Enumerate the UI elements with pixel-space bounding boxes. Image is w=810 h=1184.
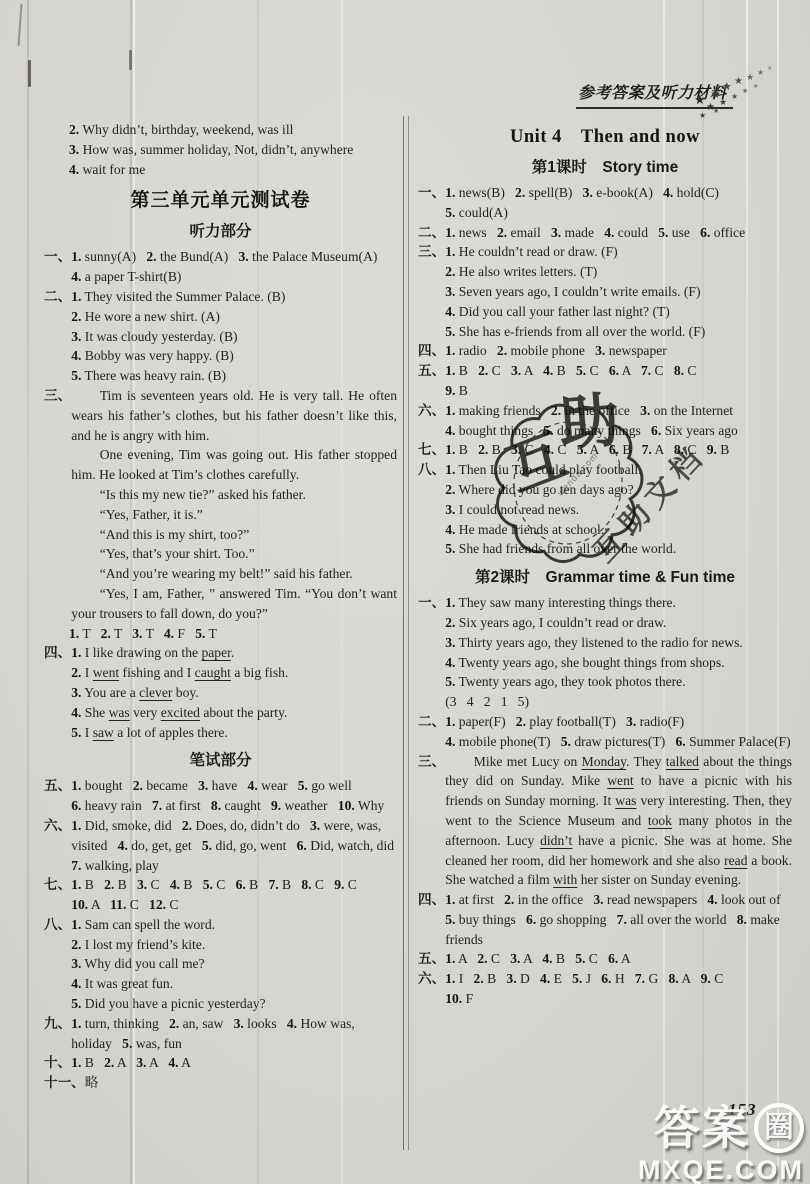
item-marker: 五、 (418, 361, 445, 401)
item-text: 1. I like drawing on the paper. 2. I wen… (71, 643, 397, 742)
item-text: 1. bought 2. became 3. have 4. wear 5. g… (71, 776, 397, 816)
item-text: 2. Why didn’t, birthday, weekend, was il… (69, 120, 397, 140)
star-icon: ★ (731, 93, 738, 101)
item-marker: 六、 (418, 401, 445, 441)
item-text: 1. news 2. email 3. made 4. could 5. use… (445, 223, 792, 243)
item-marker: 五、 (418, 949, 445, 969)
item-text: 1. at first 2. in the office 3. read new… (445, 890, 792, 949)
item-marker (44, 140, 69, 160)
item-text: 1. B 2. B 3. C 4. B 5. C 6. B 7. B 8. C … (71, 875, 397, 915)
item-marker: 一、 (418, 183, 445, 223)
star-icon: ★ (734, 77, 743, 87)
item-text: 1. B 2. C 3. A 4. B 5. C 6. A 7. C 8. C … (445, 361, 792, 401)
item-marker: 二、 (418, 223, 445, 243)
star-icon: ★ (753, 84, 758, 90)
answer-item: 五、1. A 2. C 3. A 4. B 5. C 6. A (418, 949, 792, 969)
listening-passage: 三、Mike met Lucy on Monday. They talked a… (418, 752, 792, 891)
answer-item: 3. How was, summer holiday, Not, didn’t,… (44, 140, 397, 160)
answer-item: 四、1. radio 2. mobile phone 3. newspaper (418, 341, 792, 361)
answer-item: 四、1. I like drawing on the paper. 2. I w… (44, 643, 397, 742)
item-text: 1. radio 2. mobile phone 3. newspaper (445, 341, 792, 361)
answer-item: 七、1. B 2. B 3. C 4. B 5. C 6. B 7. B 8. … (44, 875, 397, 915)
item-text: 1. He couldn’t read or draw. (F) 2. He a… (445, 242, 792, 341)
item-text: Tim is seventeen years old. He is very t… (71, 386, 397, 624)
item-text: 1. turn, thinking 2. an, saw 3. looks 4.… (71, 1014, 397, 1054)
item-text: 1. They saw many interesting things ther… (445, 593, 792, 712)
watermark-brand-text: 答案 (654, 1105, 750, 1151)
section-heading: 笔试部分 (44, 750, 397, 771)
star-icon: ★ (694, 93, 706, 106)
star-icon: ★ (719, 98, 727, 107)
answer-item: 1. T 2. T 3. T 4. F 5. T (44, 624, 397, 644)
item-marker: 三、 (418, 752, 445, 891)
item-marker: 八、 (418, 460, 445, 559)
item-text: 略 (85, 1073, 397, 1093)
item-marker: 十一、 (44, 1073, 85, 1093)
item-text: 1. T 2. T 3. T 4. F 5. T (69, 624, 397, 644)
star-icon: ★ (767, 66, 772, 72)
answer-item: 五、1. bought 2. became 3. have 4. wear 5.… (44, 776, 397, 816)
item-text: 1. B 2. A 3. A 4. A (71, 1053, 397, 1073)
answer-item: 一、1. news(B) 2. spell(B) 3. e-book(A) 4.… (418, 183, 792, 223)
section-heading: Unit 4 Then and now (418, 126, 792, 149)
listening-passage: 三、Tim is seventeen years old. He is very… (44, 386, 397, 624)
answer-item: 八、1. Sam can spell the word. 2. I lost m… (44, 915, 397, 1014)
item-marker: 五、 (44, 776, 71, 816)
watermark-circled-char: 圈 (754, 1103, 804, 1153)
item-marker: 四、 (418, 341, 445, 361)
star-icon: ★ (746, 73, 754, 82)
item-marker: 四、 (418, 890, 445, 949)
answer-item: 四、1. at first 2. in the office 3. read n… (418, 890, 792, 949)
item-text: 1. Did, smoke, did 2. Does, do, didn’t d… (71, 816, 397, 875)
item-text: 1. paper(F) 2. play football(T) 3. radio… (445, 712, 792, 752)
section-heading: 听力部分 (44, 221, 397, 242)
item-marker: 一、 (44, 247, 71, 287)
item-marker: 十、 (44, 1053, 71, 1073)
answer-item: 一、1. sunny(A) 2. the Bund(A) 3. the Pala… (44, 247, 397, 287)
answer-item: 三、1. He couldn’t read or draw. (F) 2. He… (418, 242, 792, 341)
item-marker: 七、 (44, 875, 71, 915)
item-text: 1. I 2. B 3. D 4. E 5. J 6. H 7. G 8. A … (445, 969, 792, 1009)
left-answer-column: 2. Why didn’t, birthday, weekend, was il… (44, 120, 397, 1093)
scan-edge-mark (28, 60, 31, 87)
stamp-character: 助 (559, 411, 620, 436)
answer-item: 十、1. B 2. A 3. A 4. A (44, 1053, 397, 1073)
item-text: 4. wait for me (69, 160, 397, 180)
item-marker: 九、 (44, 1014, 71, 1054)
item-marker: 三、 (418, 242, 445, 341)
answer-item: 十一、略 (44, 1073, 397, 1093)
answer-item: 二、1. paper(F) 2. play football(T) 3. rad… (418, 712, 792, 752)
answer-item: 一、1. They saw many interesting things th… (418, 593, 792, 712)
star-icon: ★ (713, 108, 719, 115)
item-marker: 七、 (418, 440, 445, 460)
item-text: 1. Sam can spell the word. 2. I lost my … (71, 915, 397, 1014)
watermark: 答案 圈 MXQE.COM (638, 1103, 804, 1184)
item-marker (44, 624, 69, 644)
item-marker (44, 160, 69, 180)
item-marker: 四、 (44, 643, 71, 742)
answer-item: 六、1. I 2. B 3. D 4. E 5. J 6. H 7. G 8. … (418, 969, 792, 1009)
star-icon: ★ (757, 69, 764, 77)
column-divider (403, 116, 409, 1150)
answer-item: 二、1. They visited the Summer Palace. (B)… (44, 287, 397, 386)
stamp-character: 互 (506, 443, 567, 482)
stars-decoration: ★★★★★★★★★★★★★★ (686, 62, 806, 122)
item-text: 3. How was, summer holiday, Not, didn’t,… (69, 140, 397, 160)
item-text: 1. sunny(A) 2. the Bund(A) 3. the Palace… (71, 247, 397, 287)
answer-item: 九、1. turn, thinking 2. an, saw 3. looks … (44, 1014, 397, 1054)
section-heading: 第1课时 Story time (418, 157, 792, 178)
star-icon: ★ (699, 112, 706, 120)
item-marker: 一、 (418, 593, 445, 712)
item-marker: 六、 (44, 816, 71, 875)
watermark-site-text: MXQE.COM (638, 1157, 804, 1184)
section-heading: 第三单元单元测试卷 (44, 189, 397, 213)
item-text: 1. They visited the Summer Palace. (B) 2… (71, 287, 397, 386)
item-marker: 六、 (418, 969, 445, 1009)
scan-edge-mark (129, 50, 132, 70)
item-text: 1. news(B) 2. spell(B) 3. e-book(A) 4. h… (445, 183, 792, 223)
answer-item: 二、1. news 2. email 3. made 4. could 5. u… (418, 223, 792, 243)
answer-item: 六、1. Did, smoke, did 2. Does, do, didn’t… (44, 816, 397, 875)
item-marker (44, 120, 69, 140)
item-text: Mike met Lucy on Monday. They talked abo… (445, 752, 792, 891)
item-text: 1. A 2. C 3. A 4. B 5. C 6. A (445, 949, 792, 969)
item-marker: 二、 (44, 287, 71, 386)
answer-item: 4. wait for me (44, 160, 397, 180)
item-marker: 八、 (44, 915, 71, 1014)
answer-item: 2. Why didn’t, birthday, weekend, was il… (44, 120, 397, 140)
star-icon: ★ (742, 88, 748, 95)
item-marker: 三、 (44, 386, 71, 624)
item-marker: 二、 (418, 712, 445, 752)
